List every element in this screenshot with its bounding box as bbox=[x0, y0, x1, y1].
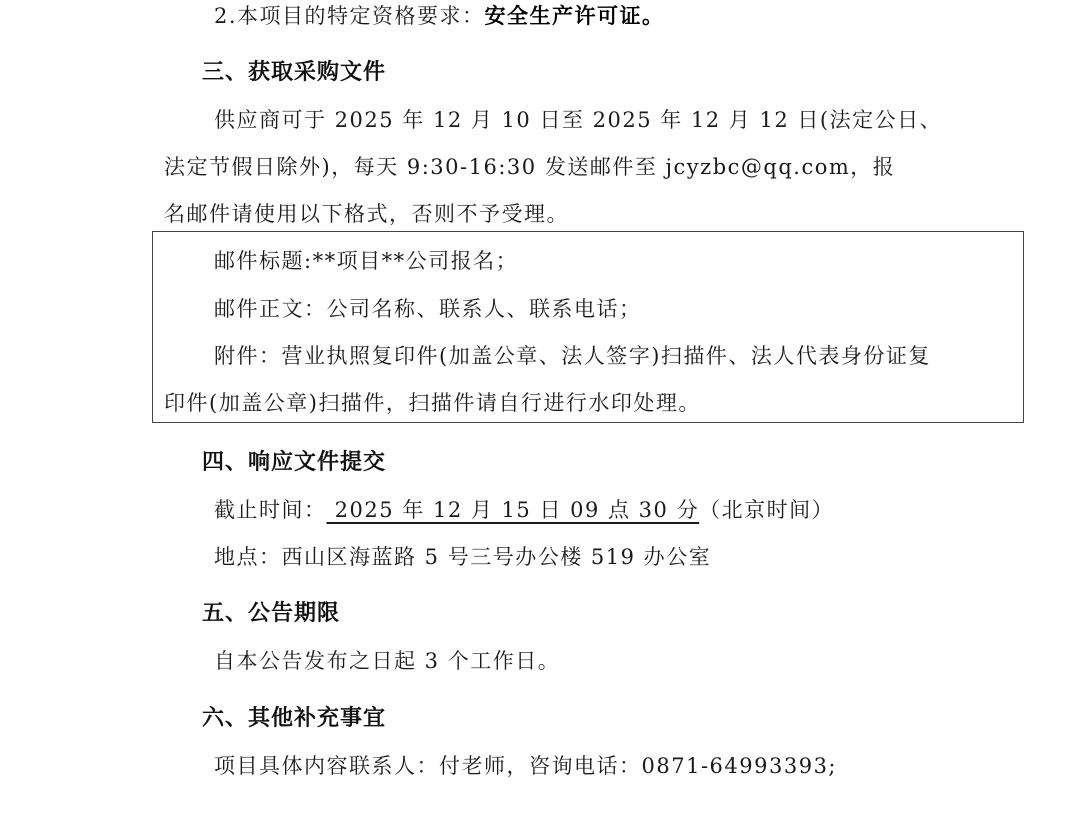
contact-info: 项目具体内容联系人：付老师，咨询电话：0871-64993393; bbox=[214, 752, 837, 780]
email-subject-format: 邮件标题:**项目**公司报名； bbox=[214, 247, 518, 275]
email-attachment-format-cont: 印件(加盖公章)扫描件，扫描件请自行进行水印处理。 bbox=[164, 389, 701, 417]
submission-location: 地点：西山区海蓝路 5 号三号办公楼 519 办公室 bbox=[214, 543, 711, 571]
section-heading-announcement-period: 五、公告期限 bbox=[202, 599, 340, 629]
qualification-label: 2.本项目的特定资格要求： bbox=[214, 4, 485, 28]
submission-deadline: 截止时间： 2025 年 12 月 15 日 09 点 30 分（北京时间） bbox=[214, 496, 834, 524]
paragraph-line: 法定节假日除外)，每天 9:30-16:30 发送邮件至 jcyzbc@qq.c… bbox=[164, 153, 895, 181]
paragraph-line: 供应商可于 2025 年 12 月 10 日至 2025 年 12 月 12 日… bbox=[214, 106, 942, 134]
announcement-period-text: 自本公告发布之日起 3 个工作日。 bbox=[214, 647, 560, 675]
qualification-requirement: 2.本项目的特定资格要求：安全生产许可证。 bbox=[214, 2, 665, 30]
section-heading-obtain-documents: 三、获取采购文件 bbox=[202, 58, 386, 88]
paragraph-line: 名邮件请使用以下格式，否则不予受理。 bbox=[164, 200, 569, 228]
email-body-format: 邮件正文：公司名称、联系人、联系电话； bbox=[214, 295, 642, 323]
section-heading-other-matters: 六、其他补充事宜 bbox=[202, 704, 386, 734]
deadline-value: 2025 年 12 月 15 日 09 点 30 分 bbox=[327, 498, 700, 522]
deadline-timezone: （北京时间） bbox=[699, 498, 834, 522]
qualification-value: 安全生产许可证。 bbox=[485, 4, 665, 28]
email-attachment-format: 附件：营业执照复印件(加盖公章、法人签字)扫描件、法人代表身份证复 bbox=[214, 342, 931, 370]
section-heading-submission: 四、响应文件提交 bbox=[202, 448, 386, 478]
deadline-label: 截止时间： bbox=[214, 498, 327, 522]
